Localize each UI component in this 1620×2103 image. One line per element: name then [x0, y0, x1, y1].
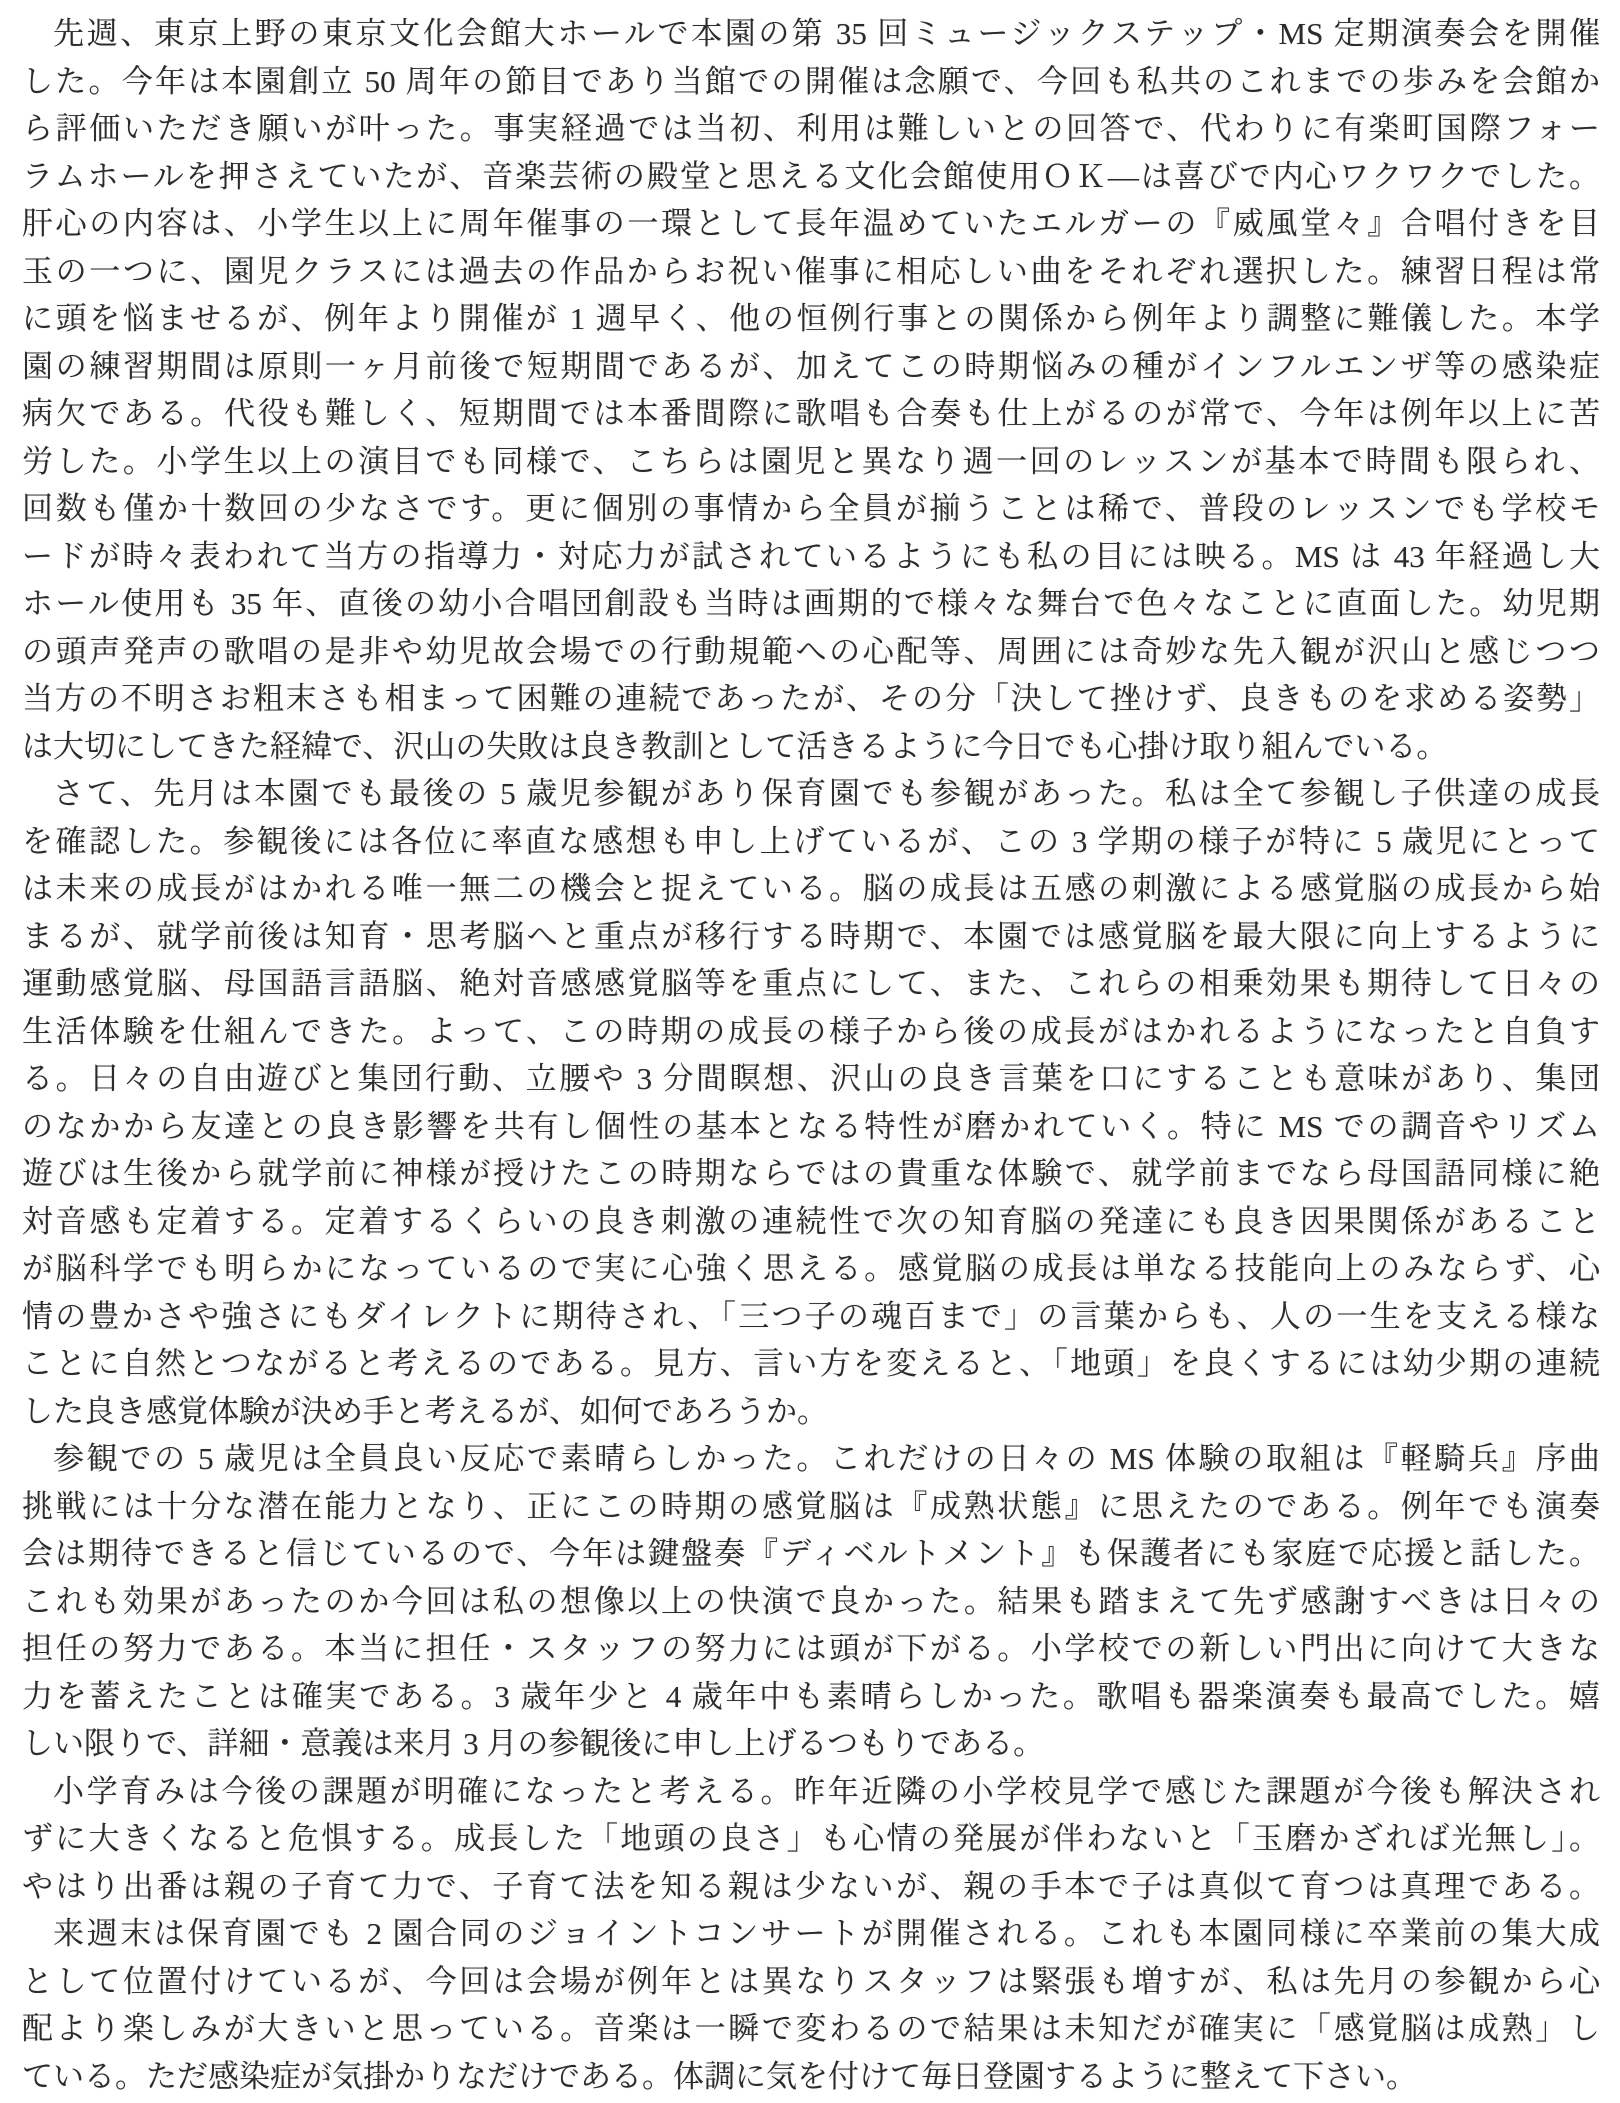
text-line: 小学育みは今後の課題が明確になったと考える。昨年近隣の小学校見学で感じた課題が今… [22, 1768, 1600, 1816]
text-line: 労した。小学生以上の演目でも同様で、こちらは園児と異なり週一回のレッスンが基本で… [22, 438, 1600, 486]
text-line: さて、先月は本園でも最後の 5 歳児参観があり保育園でも参観があった。私は全て参… [22, 770, 1600, 818]
text-line: した良き感覚体験が決め手と考えるが、如何であろうか。 [22, 1388, 1600, 1436]
document-page: 先週、東京上野の東京文化会館大ホールで本園の第 35 回ミュージックステップ・M… [0, 0, 1620, 2103]
text-line: ことに自然とつながると考えるのである。見方、言い方を変えると、「地頭」を良くする… [22, 1340, 1600, 1388]
text-line: 挑戦には十分な潜在能力となり、正にこの時期の感覚脳は『成熟状態』に思えたのである… [22, 1483, 1600, 1531]
text-line: 回数も僅か十数回の少なさです。更に個別の事情から全員が揃うことは稀で、普段のレッ… [22, 485, 1600, 533]
text-line: 配より楽しみが大きいと思っている。音楽は一瞬で変わるので結果は未知だが確実に「感… [22, 2005, 1600, 2053]
text-line: が脳科学でも明らかになっているので実に心強く思える。感覚脳の成長は単なる技能向上… [22, 1245, 1600, 1293]
text-line: これも効果があったのか今回は私の想像以上の快演で良かった。結果も踏まえて先ず感謝… [22, 1578, 1600, 1626]
text-line: まるが、就学前後は知育・思考脳へと重点が移行する時期で、本園では感覚脳を最大限に… [22, 913, 1600, 961]
text-line: 当方の不明さお粗末さも相まって困難の連続であったが、その分「決して挫けず、良きも… [22, 675, 1600, 723]
text-line: ラムホールを押さえていたが、音楽芸術の殿堂と思える文化会館使用ＯＫ―は喜びで内心… [22, 153, 1600, 201]
text-line: は大切にしてきた経緯で、沢山の失敗は良き教訓として活きるように今日でも心掛け取り… [22, 723, 1600, 771]
text-line: 病欠である。代役も難しく、短期間では本番間際に歌唱も合奏も仕上がるのが常で、今年… [22, 390, 1600, 438]
paragraph: 先週、東京上野の東京文化会館大ホールで本園の第 35 回ミュージックステップ・M… [22, 10, 1600, 770]
text-line: として位置付けているが、今回は会場が例年とは異なりスタッフは緊張も増すが、私は先… [22, 1958, 1600, 2006]
text-line: 会は期待できると信じているので、今年は鍵盤奏『ディベルトメント』も保護者にも家庭… [22, 1530, 1600, 1578]
text-line: 対音感も定着する。定着するくらいの良き刺激の連続性で次の知育脳の発達にも良き因果… [22, 1198, 1600, 1246]
text-line: した。今年は本園創立 50 周年の節目であり当館での開催は念願で、今回も私共のこ… [22, 58, 1600, 106]
text-line: ホール使用も 35 年、直後の幼小合唱団創設も当時は画期的で様々な舞台で色々なこ… [22, 580, 1600, 628]
text-line: に頭を悩ませるが、例年より開催が 1 週早く、他の恒例行事との関係から例年より調… [22, 295, 1600, 343]
paragraph: さて、先月は本園でも最後の 5 歳児参観があり保育園でも参観があった。私は全て参… [22, 770, 1600, 1435]
text-line: 担任の努力である。本当に担任・スタッフの努力には頭が下がる。小学校での新しい門出… [22, 1625, 1600, 1673]
text-line: ら評価いただき願いが叶った。事実経過では当初、利用は難しいとの回答で、代わりに有… [22, 105, 1600, 153]
text-line: 遊びは生後から就学前に神様が授けたこの時期ならではの貴重な体験で、就学前までなら… [22, 1150, 1600, 1198]
text-line: る。日々の自由遊びと集団行動、立腰や 3 分間瞑想、沢山の良き言葉を口にすること… [22, 1055, 1600, 1103]
text-line: のなかから友達との良き影響を共有し個性の基本となる特性が磨かれていく。特に MS… [22, 1103, 1600, 1151]
text-line: 玉の一つに、園児クラスには過去の作品からお祝い催事に相応しい曲をそれぞれ選択した… [22, 248, 1600, 296]
text-line: 運動感覚脳、母国語言語脳、絶対音感感覚脳等を重点にして、また、これらの相乗効果も… [22, 960, 1600, 1008]
text-line: 力を蓄えたことは確実である。3 歳年少と 4 歳年中も素晴らしかった。歌唱も器楽… [22, 1673, 1600, 1721]
text-line: 参観での 5 歳児は全員良い反応で素晴らしかった。これだけの日々の MS 体験の… [22, 1435, 1600, 1483]
text-line: の頭声発声の歌唱の是非や幼児故会場での行動規範への心配等、周囲には奇妙な先入観が… [22, 628, 1600, 676]
text-line: やはり出番は親の子育て力で、子育て法を知る親は少ないが、親の手本で子は真似て育つ… [22, 1863, 1600, 1911]
text-line: を確認した。参観後には各位に率直な感想も申し上げているが、この 3 学期の様子が… [22, 818, 1600, 866]
text-line: 肝心の内容は、小学生以上に周年催事の一環として長年温めていたエルガーの『威風堂々… [22, 200, 1600, 248]
text-line: 情の豊かさや強さにもダイレクトに期待され、「三つ子の魂百まで」の言葉からも、人の… [22, 1293, 1600, 1341]
text-line: 先週、東京上野の東京文化会館大ホールで本園の第 35 回ミュージックステップ・M… [22, 10, 1600, 58]
text-line: 生活体験を仕組んできた。よって、この時期の成長の様子から後の成長がはかれるように… [22, 1008, 1600, 1056]
text-line: ードが時々表われて当方の指導力・対応力が試されているようにも私の目には映る。MS… [22, 533, 1600, 581]
text-line: 来週末は保育園でも 2 園合同のジョイントコンサートが開催される。これも本園同様… [22, 1910, 1600, 1958]
text-line: しい限りで、詳細・意義は来月 3 月の参観後に申し上げるつもりである。 [22, 1720, 1600, 1768]
text-line: ずに大きくなると危惧する。成長した「地頭の良さ」も心情の発展が伴わないと「玉磨か… [22, 1815, 1600, 1863]
paragraph: 来週末は保育園でも 2 園合同のジョイントコンサートが開催される。これも本園同様… [22, 1910, 1600, 2100]
text-line: ている。ただ感染症が気掛かりなだけである。体調に気を付けて毎日登園するように整え… [22, 2053, 1600, 2101]
text-line: 園の練習期間は原則一ヶ月前後で短期間であるが、加えてこの時期悩みの種がインフルエ… [22, 343, 1600, 391]
text-line: は未来の成長がはかれる唯一無二の機会と捉えている。脳の成長は五感の刺激による感覚… [22, 865, 1600, 913]
paragraph: 小学育みは今後の課題が明確になったと考える。昨年近隣の小学校見学で感じた課題が今… [22, 1768, 1600, 1911]
paragraph: 参観での 5 歳児は全員良い反応で素晴らしかった。これだけの日々の MS 体験の… [22, 1435, 1600, 1768]
